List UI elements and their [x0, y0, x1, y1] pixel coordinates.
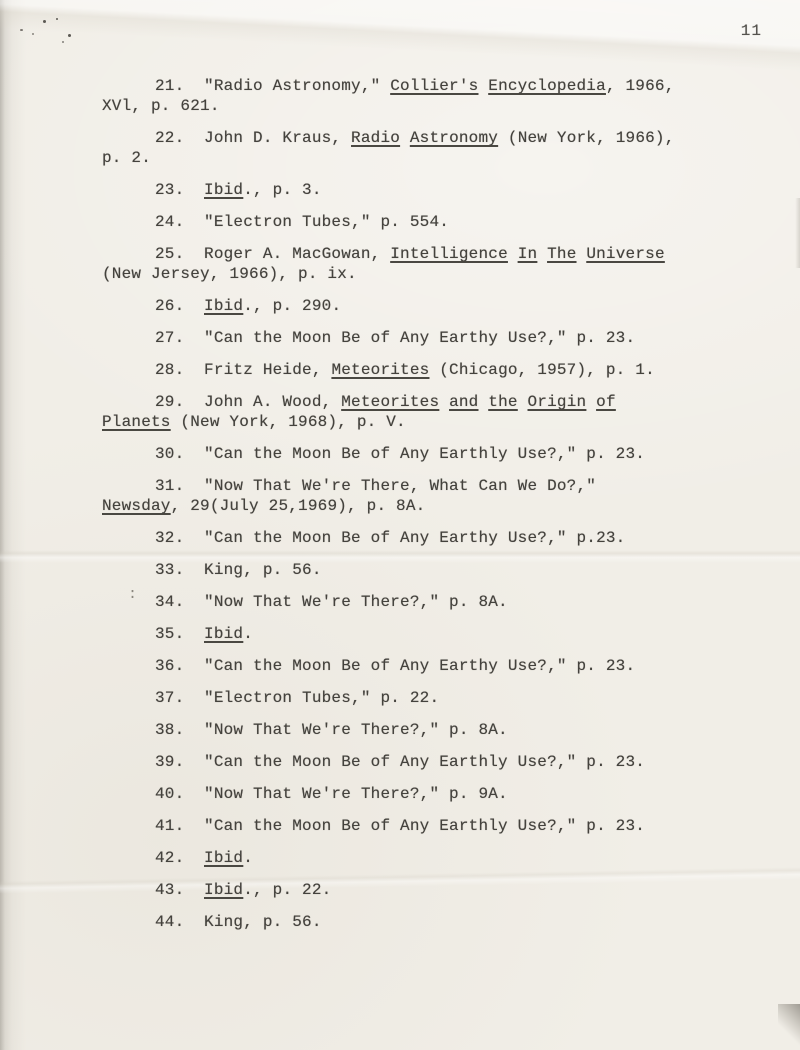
citation-number: 38.: [155, 721, 204, 739]
citation-number: 25.: [155, 245, 204, 263]
citation-number: 37.: [155, 689, 204, 707]
citation-title-underlined: Ibid: [204, 297, 243, 315]
citation-text: [439, 393, 449, 411]
citation-text: "Now That We're There?," p. 8A.: [204, 593, 508, 611]
citation-text: "Can the Moon Be of Any Earthy Use?," p.…: [204, 529, 625, 547]
citation-title-underlined: of: [596, 393, 616, 411]
citation-text: [478, 393, 488, 411]
citation-entry: 42. Ibid.: [102, 848, 770, 868]
citation-title-underlined: Collier's: [390, 77, 478, 95]
citation-entry: 29. John A. Wood, Meteorites and the Ori…: [102, 392, 770, 432]
citation-text: John A. Wood,: [204, 393, 341, 411]
citation-text: "Can the Moon Be of Any Earthly Use?," p…: [204, 753, 645, 771]
citation-entry: 23. Ibid., p. 3.: [102, 180, 770, 200]
citation-number: 44.: [155, 913, 204, 931]
citation-text: XVl, p. 621.: [102, 97, 220, 115]
citation-entry: 40. "Now That We're There?," p. 9A.: [102, 784, 770, 804]
citation-number: 27.: [155, 329, 204, 347]
citation-title-underlined: Meteorites: [341, 393, 439, 411]
citation-text: King, p. 56.: [204, 561, 322, 579]
citation-text: .: [243, 849, 253, 867]
citation-entry: 28. Fritz Heide, Meteorites (Chicago, 19…: [102, 360, 770, 380]
citation-entry: 38. "Now That We're There?," p. 8A.: [102, 720, 770, 740]
paper-speck: [20, 29, 23, 31]
citation-text: Fritz Heide,: [204, 361, 331, 379]
citation-text: .: [243, 625, 253, 643]
citation-entry: 24. "Electron Tubes," p. 554.: [102, 212, 770, 232]
paper-speck: [56, 18, 58, 20]
paper-speck: [32, 33, 34, 35]
citation-number: 24.: [155, 213, 204, 231]
scanned-document-page: 11 21. "Radio Astronomy," Collier's Ency…: [0, 0, 800, 1050]
citation-text: ., p. 22.: [243, 881, 331, 899]
citation-number: 22.: [155, 129, 204, 147]
citation-entry: 33. King, p. 56.: [102, 560, 770, 580]
citation-text: "Now That We're There?," p. 9A.: [204, 785, 508, 803]
citation-number: 29.: [155, 393, 204, 411]
citation-number: 43.: [155, 881, 204, 899]
citation-entry: 41. "Can the Moon Be of Any Earthly Use?…: [102, 816, 770, 836]
citation-entry: 21. "Radio Astronomy," Collier's Encyclo…: [102, 76, 770, 116]
citation-number: 42.: [155, 849, 204, 867]
citation-text: [478, 77, 488, 95]
citation-entry: 34. "Now That We're There?," p. 8A.: [102, 592, 770, 612]
citation-text: ., p. 3.: [243, 181, 321, 199]
citation-number: 31.: [155, 477, 204, 495]
citation-number: 26.: [155, 297, 204, 315]
citation-number: 41.: [155, 817, 204, 835]
citation-number: 32.: [155, 529, 204, 547]
citation-entry: 35. Ibid.: [102, 624, 770, 644]
citation-text: (New York, 1966),: [498, 129, 674, 147]
citation-number: 28.: [155, 361, 204, 379]
citation-number: 40.: [155, 785, 204, 803]
citation-text: (New Jersey, 1966), p. ix.: [102, 265, 357, 283]
citation-entry: 39. "Can the Moon Be of Any Earthly Use?…: [102, 752, 770, 772]
citation-text: [577, 245, 587, 263]
citation-title-underlined: Ibid: [204, 881, 243, 899]
citation-text: "Electron Tubes," p. 554.: [204, 213, 449, 231]
citation-text: , 1966,: [606, 77, 675, 95]
paper-speck: [43, 20, 46, 23]
citation-text: "Radio Astronomy,": [204, 77, 390, 95]
citation-title-underlined: Encyclopedia: [488, 77, 606, 95]
citation-number: 35.: [155, 625, 204, 643]
citation-text: (New York, 1968), p. V.: [171, 413, 406, 431]
paper-speck: [62, 41, 64, 43]
citation-title-underlined: Planets: [102, 413, 171, 431]
citation-text: Roger A. MacGowan,: [204, 245, 390, 263]
citation-entry: 36. "Can the Moon Be of Any Earthy Use?,…: [102, 656, 770, 676]
citation-text: , 29(July 25,1969), p. 8A.: [171, 497, 426, 515]
citation-title-underlined: In: [518, 245, 538, 263]
citation-text: [586, 393, 596, 411]
citation-text: "Now That We're There, What Can We Do?,": [204, 477, 596, 495]
citation-entry: 44. King, p. 56.: [102, 912, 770, 932]
citation-entry: 43. Ibid., p. 22.: [102, 880, 770, 900]
citation-text: King, p. 56.: [204, 913, 322, 931]
citation-number: 23.: [155, 181, 204, 199]
citation-number: 21.: [155, 77, 204, 95]
citation-text: [537, 245, 547, 263]
citation-number: 34.: [155, 593, 204, 611]
citation-entry: 25. Roger A. MacGowan, Intelligence In T…: [102, 244, 770, 284]
citation-title-underlined: Radio: [351, 129, 400, 147]
citation-number: 33.: [155, 561, 204, 579]
citation-title-underlined: Ibid: [204, 181, 243, 199]
citation-title-underlined: Astronomy: [410, 129, 498, 147]
citation-title-underlined: Newsday: [102, 497, 171, 515]
citation-number: 39.: [155, 753, 204, 771]
citation-entry: 27. "Can the Moon Be of Any Earthy Use?,…: [102, 328, 770, 348]
citation-entry: 22. John D. Kraus, Radio Astronomy (New …: [102, 128, 770, 168]
citation-text: "Can the Moon Be of Any Earthy Use?," p.…: [204, 657, 635, 675]
citation-list: 21. "Radio Astronomy," Collier's Encyclo…: [102, 76, 770, 944]
citation-text: (Chicago, 1957), p. 1.: [429, 361, 654, 379]
citation-entry: 31. "Now That We're There, What Can We D…: [102, 476, 770, 516]
paper-speck: [68, 34, 71, 37]
right-edge-shading: [794, 198, 800, 268]
stray-ink-mark: :: [128, 586, 137, 603]
citation-text: [518, 393, 528, 411]
citation-title-underlined: Intelligence: [390, 245, 508, 263]
citation-text: "Can the Moon Be of Any Earthly Use?," p…: [204, 445, 645, 463]
citation-title-underlined: Ibid: [204, 625, 243, 643]
citation-text: "Can the Moon Be of Any Earthy Use?," p.…: [204, 329, 635, 347]
citation-text: [508, 245, 518, 263]
citation-title-underlined: Origin: [528, 393, 587, 411]
citation-entry: 26. Ibid., p. 290.: [102, 296, 770, 316]
citation-entry: 30. "Can the Moon Be of Any Earthly Use?…: [102, 444, 770, 464]
citation-entry: 37. "Electron Tubes," p. 22.: [102, 688, 770, 708]
citation-text: "Can the Moon Be of Any Earthly Use?," p…: [204, 817, 645, 835]
citation-title-underlined: Ibid: [204, 849, 243, 867]
citation-entry: 32. "Can the Moon Be of Any Earthy Use?,…: [102, 528, 770, 548]
citation-text: "Now That We're There?," p. 8A.: [204, 721, 508, 739]
citation-title-underlined: The: [547, 245, 576, 263]
citation-text: [400, 129, 410, 147]
citation-title-underlined: Universe: [586, 245, 664, 263]
citation-text: "Electron Tubes," p. 22.: [204, 689, 439, 707]
corner-shadow: [778, 1004, 800, 1050]
page-number: 11: [741, 22, 762, 40]
citation-number: 30.: [155, 445, 204, 463]
citation-number: 36.: [155, 657, 204, 675]
citation-text: p. 2.: [102, 149, 151, 167]
citation-title-underlined: and: [449, 393, 478, 411]
citation-text: ., p. 290.: [243, 297, 341, 315]
citation-text: John D. Kraus,: [204, 129, 351, 147]
citation-title-underlined: the: [488, 393, 517, 411]
citation-title-underlined: Meteorites: [331, 361, 429, 379]
